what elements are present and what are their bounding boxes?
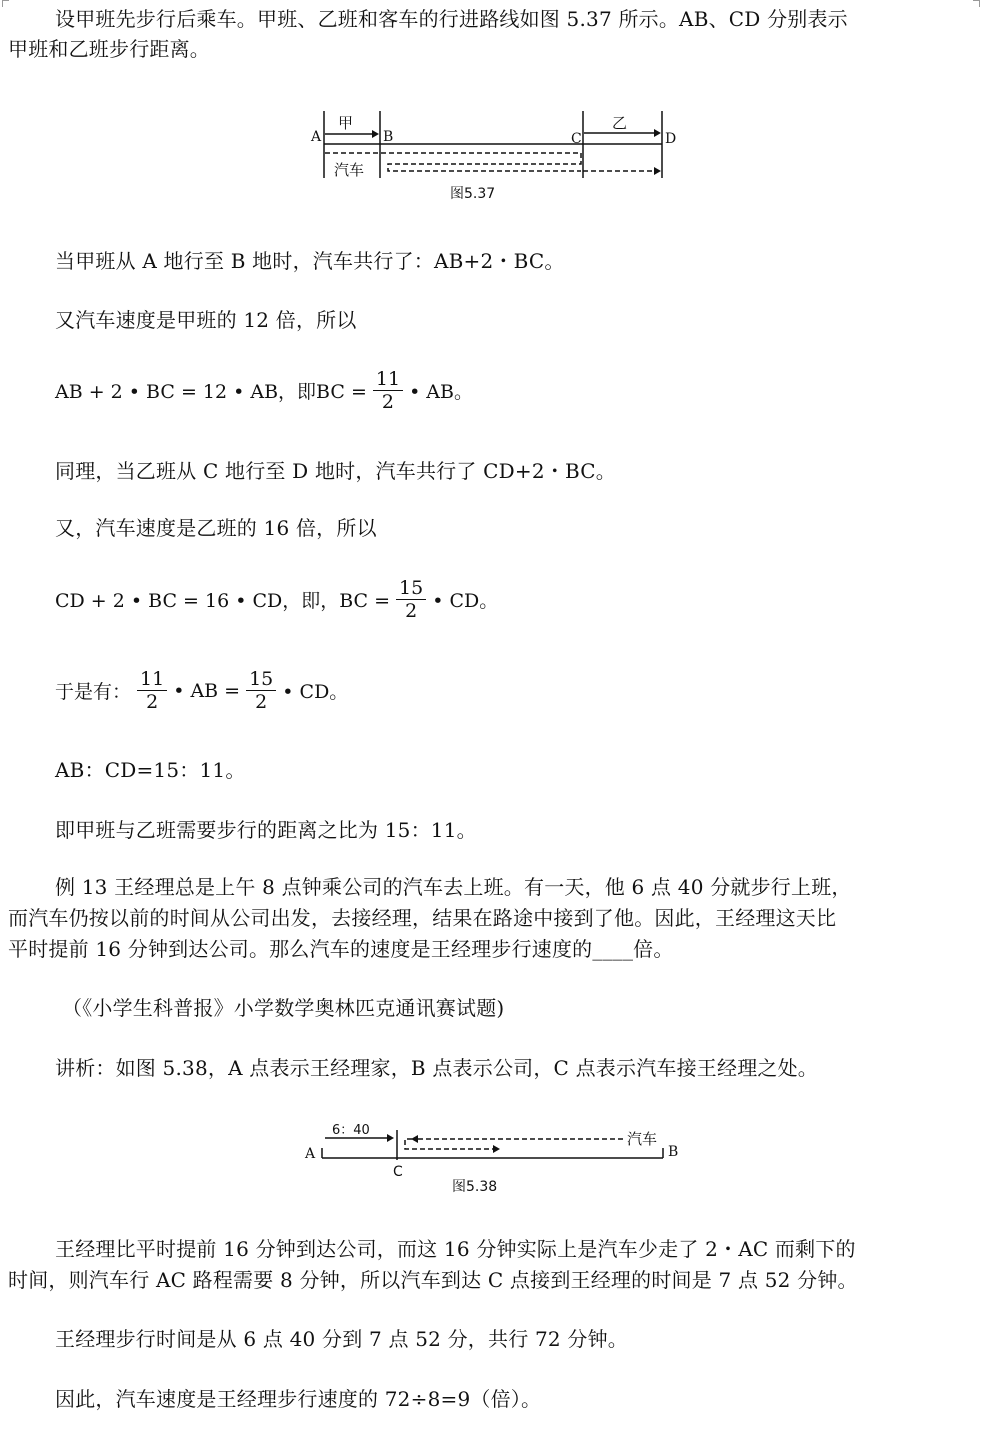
label-c: C bbox=[571, 131, 582, 147]
label-b: B bbox=[668, 1144, 678, 1160]
route-diagram-5-37: A B C D 甲 乙 汽车 图5.37 bbox=[305, 108, 685, 204]
label-a: A bbox=[304, 1146, 316, 1162]
equation-3: 于是有： 11 2 • AB = 15 2 • CD。 bbox=[55, 668, 348, 713]
figure-caption: 图5.37 bbox=[450, 186, 495, 202]
equation-1: AB + 2 • BC = 12 • AB，即BC = 11 2 • AB。 bbox=[55, 368, 473, 413]
fraction-11-2: 11 2 bbox=[373, 368, 403, 413]
figure-5-38: A B C 6：40 汽车 图5.38 bbox=[300, 1118, 690, 1198]
fraction-11-2: 11 2 bbox=[137, 668, 167, 713]
label-time: 6：40 bbox=[332, 1123, 370, 1138]
label-car: 汽车 bbox=[334, 161, 364, 179]
paragraph-walking-time: 王经理步行时间是从 6 点 40 分到 7 点 52 分，共行 72 分钟。 bbox=[55, 1324, 628, 1354]
paragraph-final-answer: 因此，汽车速度是王经理步行速度的 72÷8=9（倍）。 bbox=[55, 1384, 541, 1414]
equation-2-left: CD + 2 • BC = 16 • CD，即，BC = bbox=[55, 586, 390, 613]
route-diagram-5-38: A B C 6：40 汽车 图5.38 bbox=[300, 1118, 690, 1198]
label-car: 汽车 bbox=[627, 1130, 657, 1148]
figure-caption: 图5.38 bbox=[452, 1179, 497, 1195]
paragraph-ratio: AB：CD=15：11。 bbox=[55, 755, 246, 785]
label-d: D bbox=[665, 131, 676, 147]
equation-3-right: • CD。 bbox=[282, 677, 348, 704]
example-13-line-3: 平时提前 16 分钟到达公司。那么汽车的速度是王经理步行速度的____倍。 bbox=[8, 934, 674, 964]
solution-line-2: 时间，则汽车行 AC 路程需要 8 分钟，所以汽车到达 C 点接到王经理的时间是… bbox=[8, 1265, 858, 1295]
label-b: B bbox=[383, 129, 393, 145]
example-13-line-2: 而汽车仍按以前的时间从公司出发，去接经理，结果在路途中接到了他。因此，王经理这天… bbox=[8, 903, 836, 933]
example-13-line-1: 例 13 王经理总是上午 8 点钟乘公司的汽车去上班。有一天，他 6 点 40 … bbox=[55, 872, 852, 902]
paragraph-similarly: 同理，当乙班从 C 地行至 D 地时，汽车共行了 CD+2・BC。 bbox=[55, 456, 616, 486]
paragraph-speed-16: 又，汽车速度是乙班的 16 倍，所以 bbox=[55, 513, 377, 543]
page-corner-mark-right bbox=[973, 0, 980, 7]
equation-2-right: • CD。 bbox=[432, 586, 498, 613]
paragraph-analysis: 讲析：如图 5.38，A 点表示王经理家，B 点表示公司，C 点表示汽车接王经理… bbox=[55, 1053, 818, 1083]
paragraph-ratio-conclusion: 即甲班与乙班需要步行的距离之比为 15：11。 bbox=[55, 815, 477, 845]
equation-3-prefix: 于是有： bbox=[55, 677, 131, 704]
paragraph-car-distance: 当甲班从 A 地行至 B 地时，汽车共行了：AB+2・BC。 bbox=[55, 246, 565, 276]
equation-1-right: • AB。 bbox=[409, 377, 473, 404]
solution-line-1: 王经理比平时提前 16 分钟到达公司，而这 16 分钟实际上是汽车少走了 2・A… bbox=[55, 1234, 856, 1264]
source-citation: （《小学生科普报》小学数学奥林匹克通讯赛试题) bbox=[62, 993, 504, 1023]
label-c: C bbox=[393, 1164, 403, 1180]
figure-5-37: A B C D 甲 乙 汽车 图5.37 bbox=[305, 108, 685, 204]
equation-2: CD + 2 • BC = 16 • CD，即，BC = 15 2 • CD。 bbox=[55, 577, 498, 622]
fraction-15-2: 15 2 bbox=[246, 668, 276, 713]
paragraph-speed-12: 又汽车速度是甲班的 12 倍，所以 bbox=[55, 305, 357, 335]
label-yi: 乙 bbox=[612, 114, 627, 132]
equation-3-middle: • AB = bbox=[173, 680, 240, 702]
fraction-15-2: 15 2 bbox=[396, 577, 426, 622]
label-jia: 甲 bbox=[338, 114, 353, 132]
paragraph-intro-line-1: 设甲班先步行后乘车。甲班、乙班和客车的行进路线如图 5.37 所示。AB、CD … bbox=[55, 4, 848, 34]
label-a: A bbox=[310, 129, 322, 145]
page-corner-mark-left bbox=[2, 0, 9, 7]
paragraph-intro-line-2: 甲班和乙班步行距离。 bbox=[8, 34, 210, 64]
equation-1-left: AB + 2 • BC = 12 • AB，即BC = bbox=[55, 377, 367, 404]
